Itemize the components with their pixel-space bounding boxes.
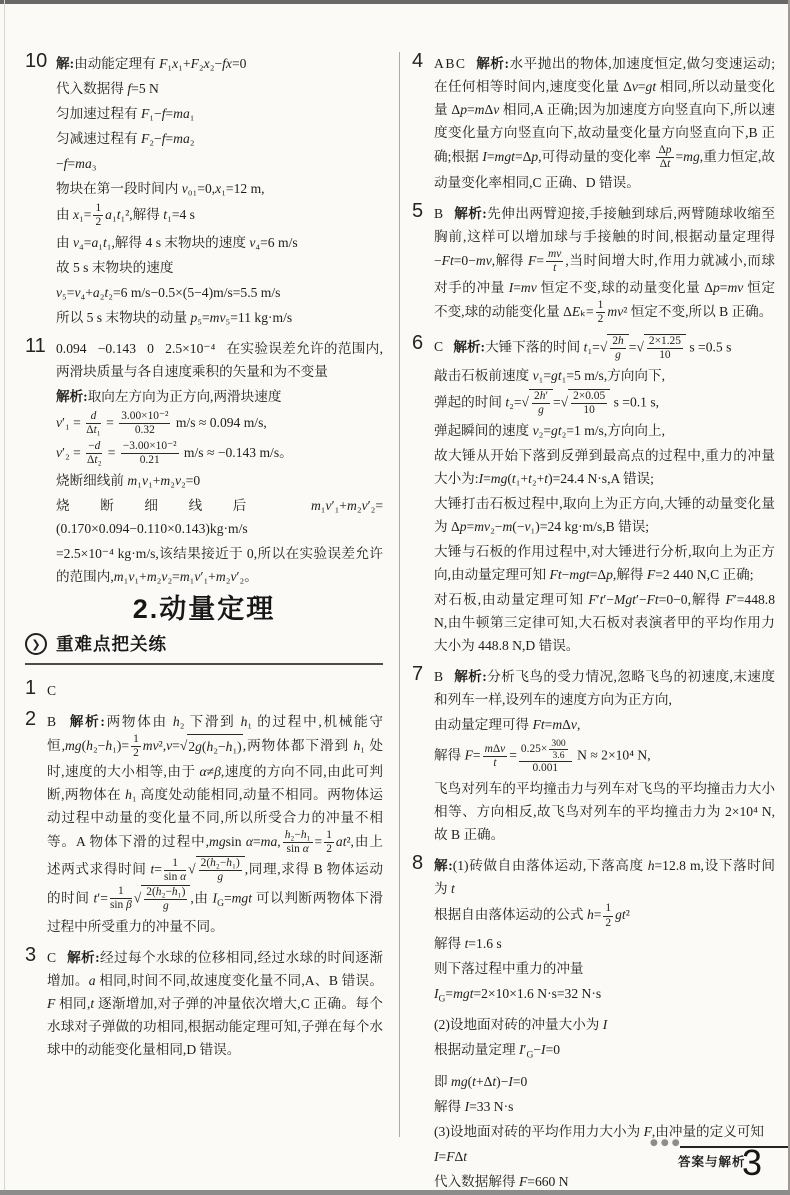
problem-solution: 0.094 −0.143 0 2.5×10⁻⁴ 在实验误差允许的范围内,两滑块质… xyxy=(56,337,383,588)
text-line: C xyxy=(47,679,383,702)
page-top-edge xyxy=(0,0,790,4)
section-title: 2.动量定理 xyxy=(25,598,383,621)
text-line: 根据动量定理 I′G−I=0 xyxy=(434,1038,775,1068)
text-line: 故 5 s 末物块的速度 xyxy=(56,256,383,279)
problem-3: 3 C 解析:经过每个水球的位移相同,经过水球的时间逐渐增加。a 相同,时间不同… xyxy=(25,946,383,1061)
problem-number: 11 xyxy=(25,335,46,358)
footer-label: 答案与解析 xyxy=(678,1152,746,1170)
problem-1: 1 C xyxy=(25,679,383,702)
text-line: (2)设地面对砖的冲量大小为 I xyxy=(434,1013,775,1036)
text-line: =2.5×10⁻⁴ kg·m/s,该结果接近于 0,所以在实验误差允许的范围内,… xyxy=(56,542,383,588)
column-divider xyxy=(399,52,400,1137)
page-number: 3 xyxy=(742,1142,762,1184)
text-line: 飞鸟对列车的平均撞击力与列车对飞鸟的平均撞击力大小相等、方向相反,故飞鸟对列车的… xyxy=(434,777,775,846)
text-line: 匀减速过程有 F₂−f=ma₂ xyxy=(56,127,383,150)
text-line: 由 v₄=a₁t₁,解得 4 s 末物块的速度 v₄=6 m/s xyxy=(56,231,383,254)
problem-number: 8 xyxy=(412,852,423,875)
text-line: IG=mgt=2×10×1.6 N·s=32 N·s xyxy=(434,982,775,1012)
problem-solution: B 解析:分析飞鸟的受力情况,忽略飞鸟的初速度,末速度和列车一样,设列车的速度方… xyxy=(434,665,775,846)
text-line: 弹起的时间 t₂=√2h′g=√2×0.0510 s =0.1 s, xyxy=(434,389,775,417)
text-line: 大锤与石板的作用过程中,对大锤进行分析,取向上为正方向,由动量定理可知 Ft−m… xyxy=(434,540,775,586)
text-line: C 解析:大锤下落的时间 t₁=√2hg=√2×1.2510 s =0.5 s xyxy=(434,334,775,362)
problem-solution: B 解析:两物体由 h₂ 下滑到 h₁ 的过程中,机械能守恒,mg(h₂−h₁)… xyxy=(47,710,383,939)
subheader-bar: ❯ 重难点把关练 xyxy=(25,633,383,665)
text-line: 0.094 −0.143 0 2.5×10⁻⁴ 在实验误差允许的范围内,两滑块质… xyxy=(56,337,383,383)
text-line: (3)设地面对砖的平均作用力大小为 F,由冲量的定义可知 xyxy=(434,1120,775,1143)
text-line: C 解析:经过每个水球的位移相同,经过水球的时间逐渐增加。a 相同,时间不同,故… xyxy=(47,946,383,1061)
text-line: 由动量定理可得 Ft=mΔv, xyxy=(434,713,775,736)
problem-solution: C 解析:经过每个水球的位移相同,经过水球的时间逐渐增加。a 相同,时间不同,故… xyxy=(47,946,383,1061)
text-line: 弹起瞬间的速度 v₂=gt₂=1 m/s,方向向上, xyxy=(434,419,775,442)
footer-dots-icon: ●●● xyxy=(650,1138,683,1148)
page-left-edge xyxy=(4,0,5,1195)
problem-number: 5 xyxy=(412,200,423,223)
problem-solution: 解:(1)砖做自由落体运动,下落高度 h=12.8 m,设下落时间为 t根据自由… xyxy=(434,854,775,1193)
problem-6: 6 C 解析:大锤下落的时间 t₁=√2hg=√2×1.2510 s =0.5 … xyxy=(412,334,775,658)
problem-5: 5 B 解析:先伸出两臂迎接,手接触到球后,两臂随球收缩至胸前,这样可以增加球与… xyxy=(412,202,775,326)
left-column: 10 解:由动能定理有 F₁x₁+F₂x₂−fx=0代入数据得 f=5 N匀加速… xyxy=(25,52,383,1069)
text-line: 由 x₁=12a₁t₁²,解得 t₁=4 s xyxy=(56,202,383,229)
problem-solution: C xyxy=(47,679,383,702)
text-line: 烧断细线后 m₁v′₁+m₂v′₂=(0.170×0.094−0.110×0.1… xyxy=(56,494,383,540)
subheader-label: 重难点把关练 xyxy=(56,633,167,656)
problem-10: 10 解:由动能定理有 F₁x₁+F₂x₂−fx=0代入数据得 f=5 N匀加速… xyxy=(25,52,383,329)
footer-rule xyxy=(680,1146,788,1148)
text-line: 烧断细线前 m₁v₁+m₂v₂=0 xyxy=(56,469,383,492)
problem-solution: ABC 解析:水平抛出的物体,加速度恒定,做匀变速运动;在任何相等时间内,速度变… xyxy=(434,52,775,194)
text-line: 敲击石板前速度 v₁=gt₁=5 m/s,方向向下, xyxy=(434,364,775,387)
text-line: B 解析:先伸出两臂迎接,手接触到球后,两臂随球收缩至胸前,这样可以增加球与手接… xyxy=(434,202,775,326)
problem-number: 4 xyxy=(412,50,423,73)
problem-solution: C 解析:大锤下落的时间 t₁=√2hg=√2×1.2510 s =0.5 s敲… xyxy=(434,334,775,658)
text-line: ABC 解析:水平抛出的物体,加速度恒定,做匀变速运动;在任何相等时间内,速度变… xyxy=(434,52,775,194)
problem-solution: 解:由动能定理有 F₁x₁+F₂x₂−fx=0代入数据得 f=5 N匀加速过程有… xyxy=(56,52,383,329)
problem-7: 7 B 解析:分析飞鸟的受力情况,忽略飞鸟的初速度,末速度和列车一样,设列车的速… xyxy=(412,665,775,846)
text-line: v′₂ = −dΔt₂ = −3.00×10⁻²0.21 m/s ≈ −0.14… xyxy=(56,440,383,467)
problem-number: 10 xyxy=(25,50,47,73)
text-line: 匀加速过程有 F₁−f=ma₁ xyxy=(56,102,383,125)
problem-8: 8 解:(1)砖做自由落体运动,下落高度 h=12.8 m,设下落时间为 t根据… xyxy=(412,854,775,1193)
text-line: 故大锤从开始下落到反弹到最高点的过程中,重力的冲量大小为:I=mg(t₁+t₂+… xyxy=(434,444,775,490)
play-circle-icon: ❯ xyxy=(25,633,47,655)
text-line: 大锤打击石板过程中,取向上为正方向,大锤的动量变化量为 Δp=mv₂−m(−v₁… xyxy=(434,492,775,538)
right-column: 4 ABC 解析:水平抛出的物体,加速度恒定,做匀变速运动;在任何相等时间内,速… xyxy=(412,52,775,1195)
text-line: 代入数据得 f=5 N xyxy=(56,77,383,100)
text-line: 所以 5 s 末物块的动量 p₅=mv₅=11 kg·m/s xyxy=(56,306,383,329)
text-line: 解得 t=1.6 s xyxy=(434,932,775,955)
problem-number: 1 xyxy=(25,677,36,700)
text-line: 物块在第一段时间内 v₀₁=0,x₁=12 m, xyxy=(56,177,383,200)
text-line: 根据自由落体运动的公式 h=12gt² xyxy=(434,902,775,929)
problem-4: 4 ABC 解析:水平抛出的物体,加速度恒定,做匀变速运动;在任何相等时间内,速… xyxy=(412,52,775,194)
text-line: 解得 I=33 N·s xyxy=(434,1095,775,1118)
text-line: 即 mg(t+Δt)−I=0 xyxy=(434,1070,775,1093)
text-line: 解:由动能定理有 F₁x₁+F₂x₂−fx=0 xyxy=(56,52,383,75)
problem-number: 7 xyxy=(412,663,423,686)
problem-solution: B 解析:先伸出两臂迎接,手接触到球后,两臂随球收缩至胸前,这样可以增加球与手接… xyxy=(434,202,775,326)
problem-number: 6 xyxy=(412,332,423,355)
problem-2: 2 B 解析:两物体由 h₂ 下滑到 h₁ 的过程中,机械能守恒,mg(h₂−h… xyxy=(25,710,383,939)
text-line: −f=ma₃ xyxy=(56,152,383,175)
text-line: 解:(1)砖做自由落体运动,下落高度 h=12.8 m,设下落时间为 t xyxy=(434,854,775,900)
text-line: 解得 F=mΔvt=0.25×3003.60.001 N ≈ 2×10⁴ N, xyxy=(434,738,775,775)
text-line: 则下落过程中重力的冲量 xyxy=(434,957,775,980)
text-line: v₅=v₄+a₂t₂=6 m/s−0.5×(5−4)m/s=5.5 m/s xyxy=(56,281,383,304)
text-line: B 解析:两物体由 h₂ 下滑到 h₁ 的过程中,机械能守恒,mg(h₂−h₁)… xyxy=(47,710,383,939)
scanned-answer-page: 10 解:由动能定理有 F₁x₁+F₂x₂−fx=0代入数据得 f=5 N匀加速… xyxy=(0,0,790,1195)
problem-number: 2 xyxy=(25,708,36,731)
text-line: 解析:取向左方向为正方向,两滑块速度 xyxy=(56,385,383,408)
problem-number: 3 xyxy=(25,944,36,967)
text-line: 代入数据解得 F=660 N xyxy=(434,1170,775,1193)
text-line: B 解析:分析飞鸟的受力情况,忽略飞鸟的初速度,末速度和列车一样,设列车的速度方… xyxy=(434,665,775,711)
problem-11: 11 0.094 −0.143 0 2.5×10⁻⁴ 在实验误差允许的范围内,两… xyxy=(25,337,383,588)
text-line: v′₁ = dΔt₁ = 3.00×10⁻²0.32 m/s ≈ 0.094 m… xyxy=(56,410,383,437)
text-line: 对石板,由动量定理可知 F′t′−Mgt′−Ft=0−0,解得 F′=448.8… xyxy=(434,588,775,657)
